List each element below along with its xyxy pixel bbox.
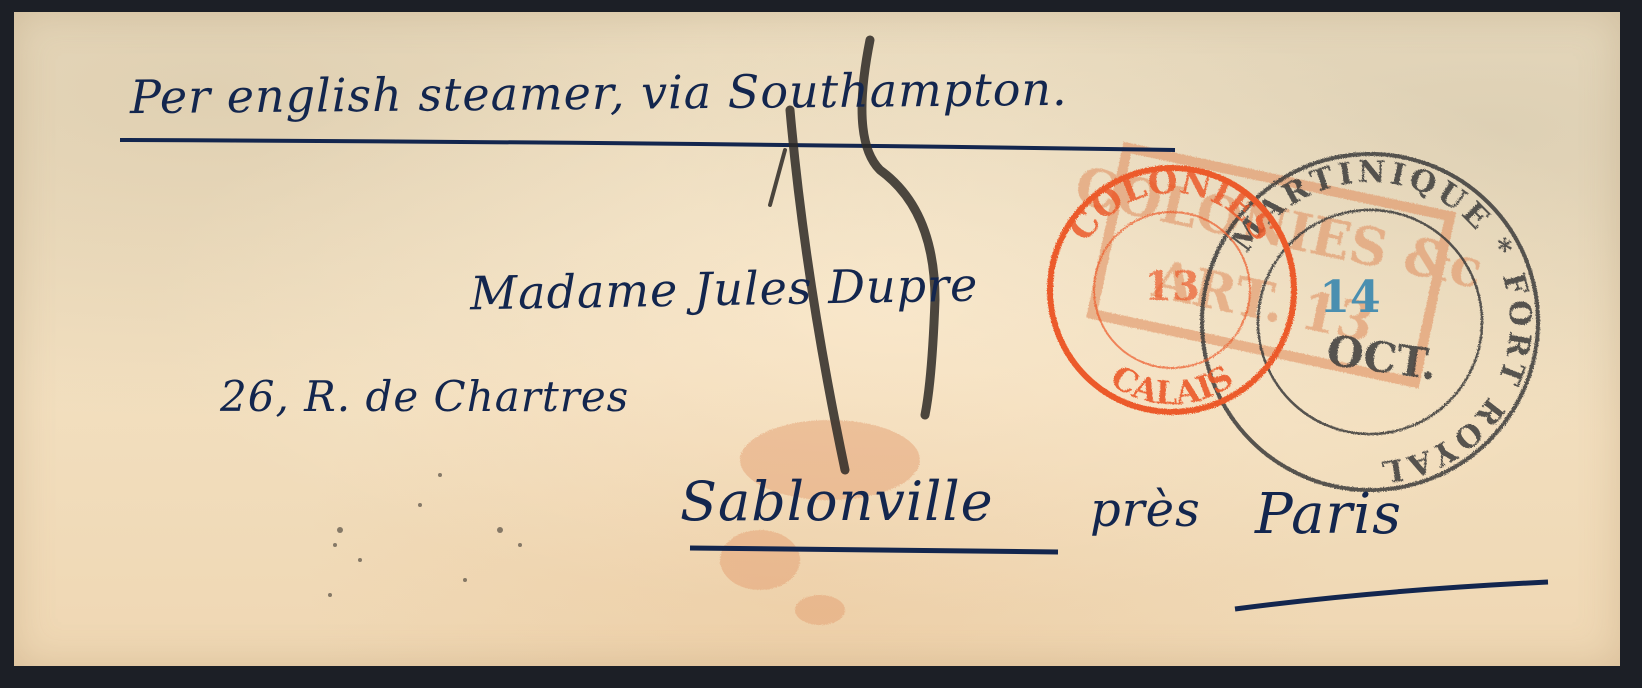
city-name: Paris: [1255, 482, 1402, 547]
routing-instruction: Per english steamer, via Southampton.: [130, 62, 1068, 124]
town-name: Sablonville: [680, 470, 994, 533]
city-underline: [1235, 582, 1548, 609]
near-word: près: [1090, 482, 1201, 538]
street-address: 26, R. de Chartres: [220, 372, 629, 421]
faint-partial-mark: [328, 473, 522, 597]
addressee-name: Madame Jules Dupre: [470, 258, 979, 321]
cds-day-blue: 14: [1319, 272, 1380, 323]
red-cds-day: 13: [1144, 263, 1200, 310]
routing-underline: [120, 140, 1175, 150]
